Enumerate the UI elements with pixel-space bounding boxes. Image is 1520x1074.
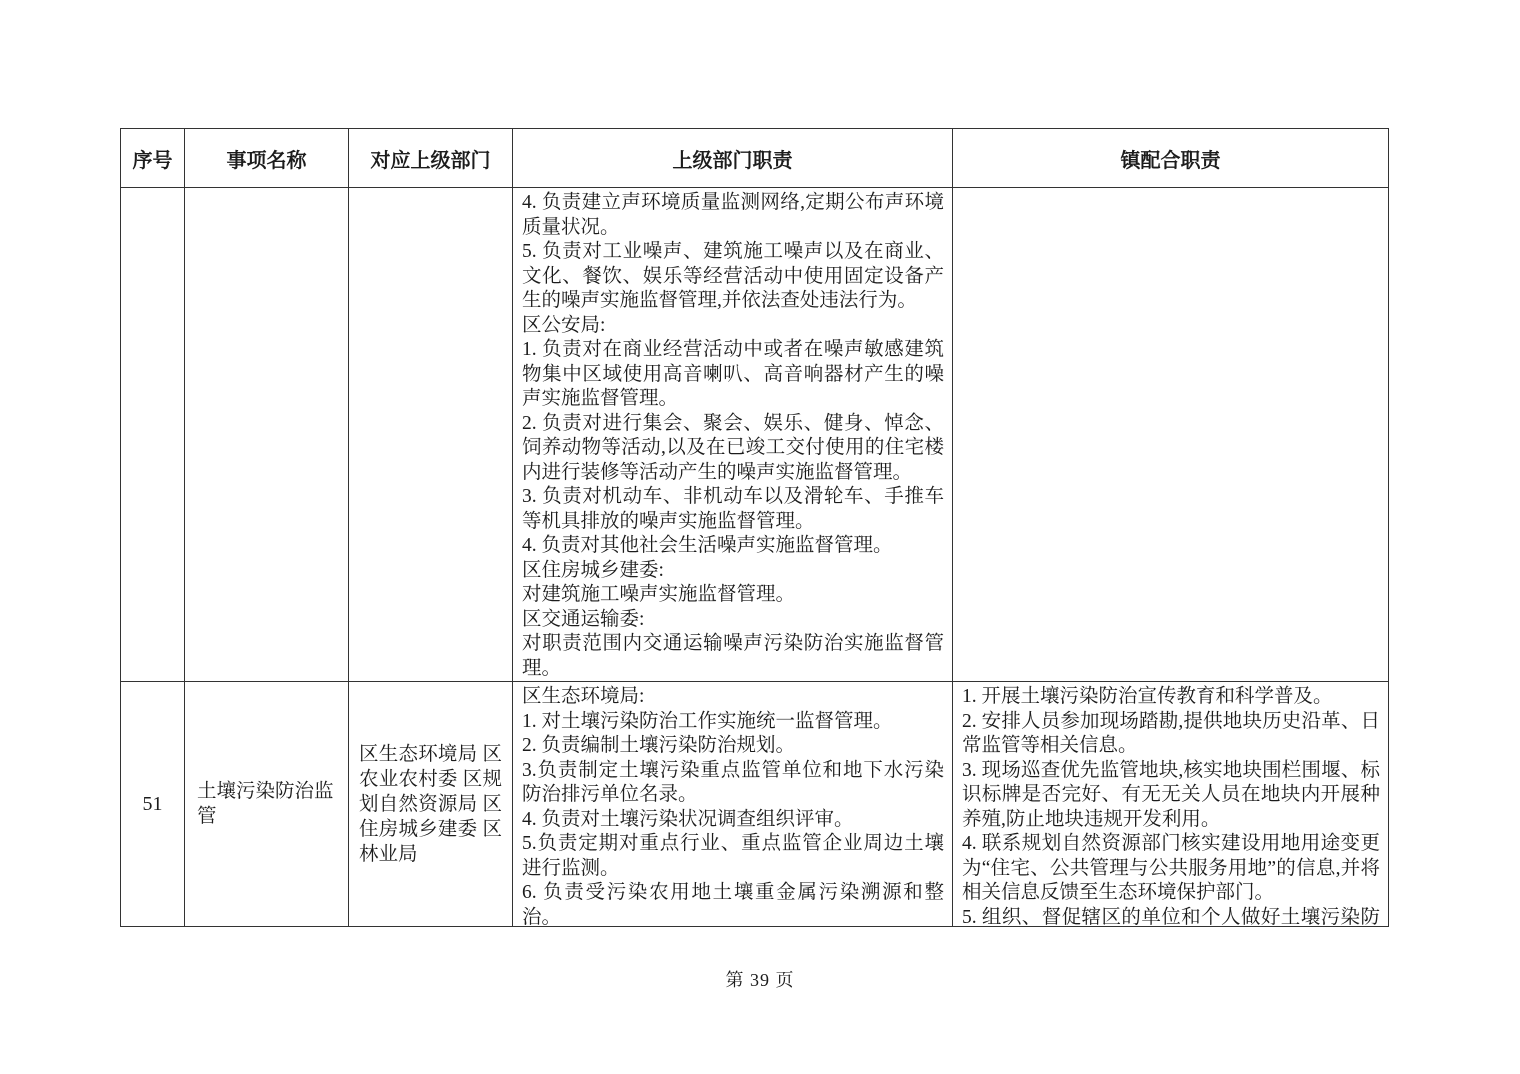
departments-text: 区生态环境局 区农业农村委 区规划自然资源局 区住房城乡建委 区林业局 — [349, 742, 512, 867]
cell-superior-duties: 区生态环境局: 1. 对土壤污染防治工作实施统一监督管理。 2. 负责编制土壤污… — [513, 682, 953, 927]
responsibility-table: 序号 事项名称 对应上级部门 上级部门职责 镇配合职责 4. 负责建立声环境质量… — [120, 128, 1389, 927]
cell-item-name — [185, 188, 349, 682]
item-name-text: 土壤污染防治监管 — [185, 779, 348, 829]
cell-seq: 51 — [121, 682, 185, 927]
cell-item-name: 土壤污染防治监管 — [185, 682, 349, 927]
superior-duties-text: 区生态环境局: 1. 对土壤污染防治工作实施统一监督管理。 2. 负责编制土壤污… — [513, 682, 952, 926]
cell-departments: 区生态环境局 区农业农村委 区规划自然资源局 区住房城乡建委 区林业局 — [349, 682, 513, 927]
header-cell-seq: 序号 — [121, 129, 185, 188]
town-duties-text: 1. 开展土壤污染防治宣传教育和科学普及。 2. 安排人员参加现场踏勘,提供地块… — [953, 682, 1388, 926]
superior-duties-text: 4. 负责建立声环境质量监测网络,定期公布声环境质量状况。 5. 负责对工业噪声… — [513, 188, 952, 681]
header-cell-departments: 对应上级部门 — [349, 129, 513, 188]
header-cell-item-name: 事项名称 — [185, 129, 349, 188]
cell-superior-duties: 4. 负责建立声环境质量监测网络,定期公布声环境质量状况。 5. 负责对工业噪声… — [513, 188, 953, 682]
header-cell-superior-duties: 上级部门职责 — [513, 129, 953, 188]
town-duties-text — [953, 188, 1388, 681]
cell-seq — [121, 188, 185, 682]
document-page: 序号 事项名称 对应上级部门 上级部门职责 镇配合职责 4. 负责建立声环境质量… — [0, 0, 1520, 1074]
cell-town-duties: 1. 开展土壤污染防治宣传教育和科学普及。 2. 安排人员参加现场踏勘,提供地块… — [953, 682, 1389, 927]
cell-departments — [349, 188, 513, 682]
table-row-continuation: 4. 负责建立声环境质量监测网络,定期公布声环境质量状况。 5. 负责对工业噪声… — [121, 188, 1389, 682]
table-row-51: 51 土壤污染防治监管 区生态环境局 区农业农村委 区规划自然资源局 区住房城乡… — [121, 682, 1389, 927]
page-footer: 第 39 页 — [0, 966, 1520, 992]
table-header-row: 序号 事项名称 对应上级部门 上级部门职责 镇配合职责 — [121, 129, 1389, 188]
page-number: 第 39 页 — [726, 970, 795, 990]
header-cell-town-duties: 镇配合职责 — [953, 129, 1389, 188]
cell-town-duties — [953, 188, 1389, 682]
